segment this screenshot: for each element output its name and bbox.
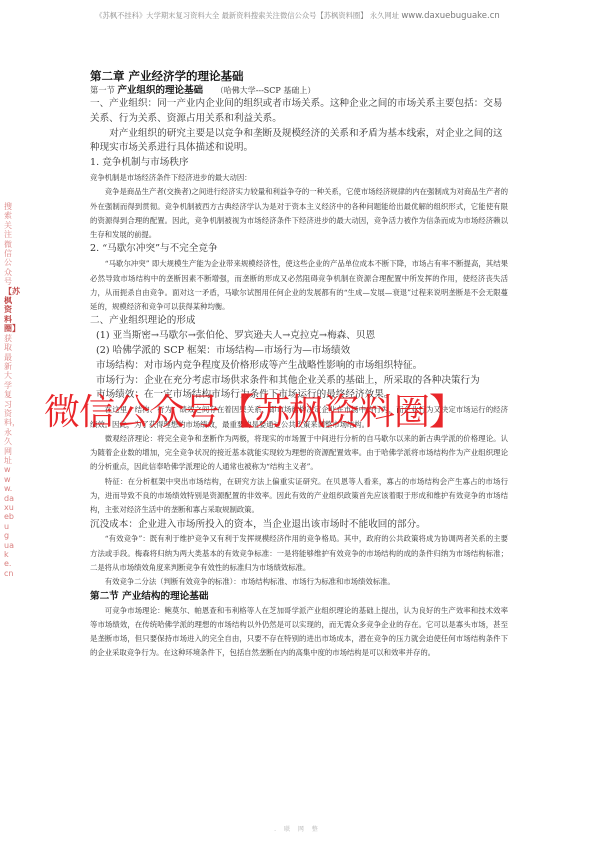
section1-heading: 第一节 产业组织的理论基础 （哈佛大学---SCP 基础上） bbox=[90, 84, 508, 97]
heading-marshall-conflict: 2. “马歇尔冲突”与不完全竞争 bbox=[90, 242, 508, 257]
paragraph-research-focus: 对产业组织的研究主要是以竞争和垄断及规模经济的关系和矛盾为基本线索，对企业之间的… bbox=[90, 127, 508, 157]
definition-market-conduct: 市场行为：企业在充分考虑市场供求条件和其他企业关系的基础上，所采取的各种决策行为 bbox=[90, 374, 508, 389]
paragraph-industrial-organization: 一、产业组织：同一产业内企业间的组织或者市场关系。这种企业之间的市场关系主要包括… bbox=[90, 97, 508, 127]
heading-competition-mechanism: 1. 竞争机制与市场秩序 bbox=[90, 156, 508, 171]
document-body: 第二章 产业经济学的理论基础 第一节 产业组织的理论基础 （哈佛大学---SCP… bbox=[90, 69, 508, 661]
list-item-scp: (2) 哈佛学派的 SCP 框架：市场结构—市场行为—市场绩效 bbox=[90, 344, 508, 359]
side-text-part1: 搜索关注微信公众号 bbox=[4, 202, 12, 286]
definition-sunk-cost: 沉没成本：企业进入市场所投入的资本，当企业退出该市场时不能收回的部分。 bbox=[90, 518, 508, 533]
heading-theory-formation: 二、产业组织理论的形成 bbox=[90, 314, 508, 329]
section1-note: （哈佛大学---SCP 基础上） bbox=[216, 86, 316, 95]
section1-prefix: 第一节 bbox=[90, 85, 115, 95]
paragraph-micro-theory: 微观经济理论：将完全竞争和垄断作为两极，将现实的市场置于中间进行分析的自马歇尔以… bbox=[90, 432, 508, 475]
paragraph-effective-competition: “有效竞争”：既有利于维护竞争又有利于发挥规模经济作用的竞争格局。其中，政府的公… bbox=[90, 532, 508, 575]
paragraph-dichotomy: 有效竞争二分法（判断有效竞争的标准）：市场结构标准、市场行为标准和市场绩效标准。 bbox=[90, 575, 508, 589]
side-vertical-banner: 搜索关注微信公众号【苏枫资料圈】获取最新大学复习资料，永久网址 www.daxu… bbox=[4, 202, 14, 578]
section1-title: 产业组织的理论基础 bbox=[118, 85, 204, 96]
chapter-title: 第二章 产业经济学的理论基础 bbox=[90, 69, 508, 84]
page-footer: . 联 网 整 bbox=[0, 824, 595, 833]
side-text-bracket: 【苏枫资料圈】 bbox=[4, 287, 20, 334]
list-item-lineage: (1) 亚当斯密→马歇尔→张伯伦、罗宾逊夫人→克拉克→梅森、贝恩 bbox=[90, 329, 508, 344]
watermark-overlay: 微信公众号【苏枫资料圈】 bbox=[44, 393, 564, 433]
side-text-part2: 获取最新大学复习资料，永久网址 www.daxuebuguake.cn bbox=[4, 334, 20, 578]
paragraph-marshall-conflict: “马歇尔冲突” 即大规模生产能为企业带来规模经济性，使这些企业的产品单位成本不断… bbox=[90, 257, 508, 314]
definition-market-structure: 市场结构：对市场内竞争程度及价格形成等产生战略性影响的市场组织特征。 bbox=[90, 359, 508, 374]
header-text: 《苏枫不挂科》大学期末复习资料大全 最新资料搜索关注微信公众号【苏枫资料圈】 永… bbox=[95, 11, 401, 20]
paragraph-contestable-market: 可竞争市场理论：鲍莫尔、帕恩查和韦利格等人在芝加哥学派产业组织理论的基础上提出，… bbox=[90, 604, 508, 661]
paragraph-competition-detail: 竞争是商品生产者(交换者)之间进行经济实力较量和利益争夺的一种关系，它使市场经济… bbox=[90, 185, 508, 242]
header-url: www.daxuebuguake.cn bbox=[401, 11, 499, 21]
section2-title: 第二节 产业结构的理论基础 bbox=[90, 590, 508, 604]
page-header-banner: 《苏枫不挂科》大学期末复习资料大全 最新资料搜索关注微信公众号【苏枫资料圈】 永… bbox=[0, 11, 595, 21]
paragraph-features: 特征：在分析框架中突出市场结构，在研究方法上偏重实证研究。在贝恩等人看来，寡占的… bbox=[90, 475, 508, 518]
paragraph-competition-driver: 竞争机制是市场经济条件下经济进步的最大动因： bbox=[90, 171, 508, 185]
